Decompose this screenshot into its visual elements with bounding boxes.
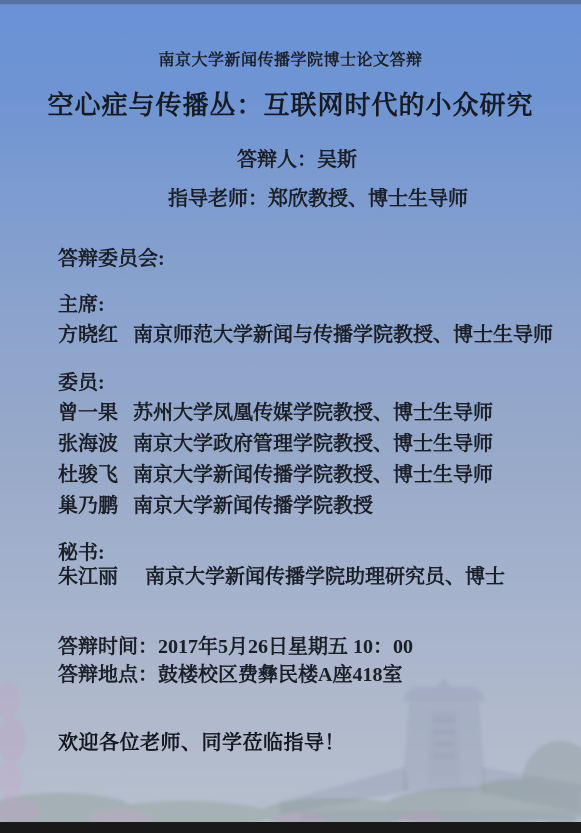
chairman-row: 方晓红 南京师范大学新闻与传播学院教授、博士生导师	[58, 318, 553, 347]
top-edge-strip	[0, 0, 581, 4]
defender-line: 答辩人：吴斯	[237, 143, 357, 172]
member-name: 曾一果	[58, 396, 118, 425]
roof-shape	[280, 767, 581, 822]
defense-location-line: 答辩地点：鼓楼校区费彝民楼A座418室	[58, 658, 402, 687]
secretary-affiliation: 南京大学新闻传播学院助理研究员、博士	[145, 560, 505, 589]
committee-member-row: 曾一果 苏州大学凤凰传媒学院教授、博士生导师	[58, 396, 493, 425]
member-affiliation: 苏州大学凤凰传媒学院教授、博士生导师	[133, 396, 493, 425]
defense-time-line: 答辩时间：2017年5月26日星期五 10：00	[58, 630, 413, 659]
committee-member-row: 张海波 南京大学政府管理学院教授、博士生导师	[58, 427, 493, 456]
committee-member-row: 杜骏飞 南京大学新闻传播学院教授、博士生导师	[58, 458, 493, 487]
members-label: 委员:	[58, 366, 105, 395]
member-name: 杜骏飞	[58, 458, 118, 487]
defense-announcement-slide: 南京大学新闻传播学院博士论文答辩 空心症与传播丛：互联网时代的小众研究 答辩人：…	[0, 0, 581, 833]
member-name: 巢乃鹏	[58, 489, 118, 518]
secretary-row: 朱江丽 南京大学新闻传播学院助理研究员、博士	[58, 560, 505, 589]
member-affiliation: 南京大学政府管理学院教授、博士生导师	[133, 427, 493, 456]
bottom-edge-bar	[0, 822, 581, 833]
chairman-name: 方晓红	[58, 318, 118, 347]
member-affiliation: 南京大学新闻传播学院教授、博士生导师	[133, 458, 493, 487]
department-header: 南京大学新闻传播学院博士论文答辩	[0, 47, 581, 70]
secretary-name: 朱江丽	[58, 560, 118, 589]
committee-section-label: 答辩委员会:	[58, 242, 165, 271]
tower-shape	[402, 679, 486, 791]
welcome-line: 欢迎各位老师、同学莅临指导！	[58, 726, 345, 755]
advisor-line: 指导老师：郑欣教授、博士生导师	[168, 182, 468, 211]
committee-member-row: 巢乃鹏 南京大学新闻传播学院教授	[58, 489, 373, 518]
chairman-label: 主席:	[58, 288, 105, 317]
member-name: 张海波	[58, 427, 118, 456]
thesis-title: 空心症与传播丛：互联网时代的小众研究	[0, 85, 581, 122]
chairman-affiliation: 南京师范大学新闻与传播学院教授、博士生导师	[133, 318, 553, 347]
member-affiliation: 南京大学新闻传播学院教授	[133, 489, 373, 518]
